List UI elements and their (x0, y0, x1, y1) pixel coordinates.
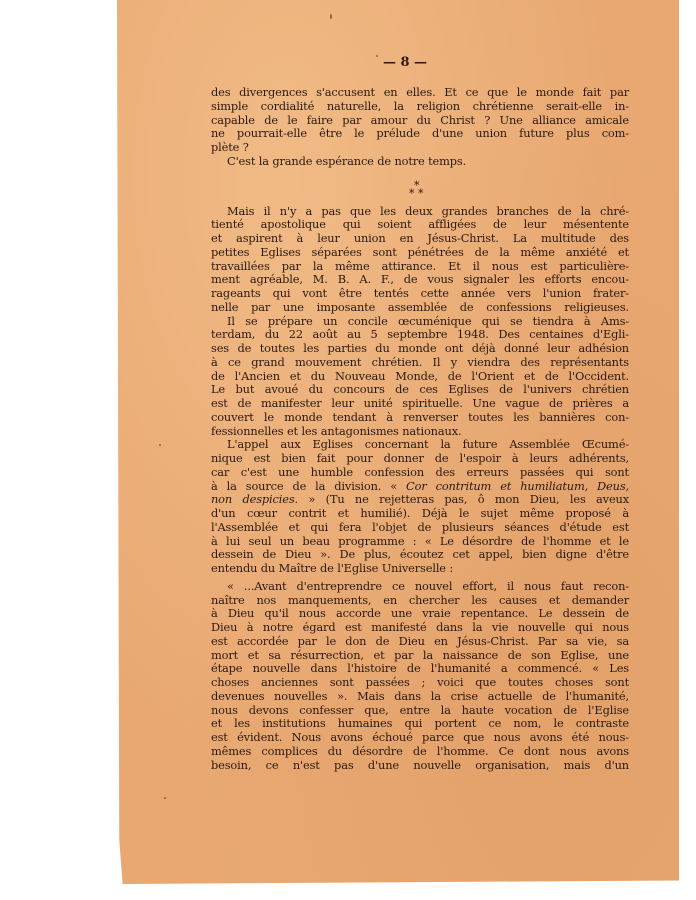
text-line-with-latin: à la source de la division. « Cor contri… (211, 480, 629, 494)
asterism-separator: * * * (211, 169, 629, 205)
text-line: ses de toutes les parties du monde ont d… (211, 342, 629, 356)
latin-quote: Cor contritum et humiliatum, Deus, (406, 479, 629, 493)
text-line: nique est bien fait pour donner de l'esp… (211, 452, 629, 466)
latin-quote: non despicies. (211, 492, 298, 506)
text-line: rageants qui vont être tentés cette anné… (211, 287, 629, 301)
ink-speck (330, 14, 332, 19)
text-fragment: à la source de la division. « (211, 479, 406, 493)
text-line: étape nouvelle dans l'histoire de l'huma… (211, 662, 629, 676)
text-line: couvert le monde tendant à renverser tou… (211, 411, 629, 425)
text-line-with-latin: non despicies. » (Tu ne rejetteras pas, … (211, 493, 629, 507)
text-line: naître nos manquements, en chercher les … (211, 594, 629, 608)
text-line: terdam, du 22 août au 5 septembre 1948. … (211, 328, 629, 342)
text-line: l'Assemblée et qui fera l'objet de plusi… (211, 521, 629, 535)
asterism-star: * (409, 187, 414, 201)
ink-speck (164, 797, 166, 799)
text-line: et aspirent à leur union en Jésus-Christ… (211, 232, 629, 246)
text-line: nous devons confesser que, entre la haut… (211, 704, 629, 718)
text-line: mort et sa résurrection, et par la naiss… (211, 649, 629, 663)
text-line: Dieu à notre égard est manifesté dans la… (211, 621, 629, 635)
text-line: choses anciennes sont passées ; voici qu… (211, 676, 629, 690)
text-line: de l'Ancien et du Nouveau Monde, de l'Or… (211, 370, 629, 384)
text-line: plète ? (211, 141, 629, 155)
text-line: travaillées par la même attirance. Et il… (211, 260, 629, 274)
text-line: nelle par une imposante assemblée de con… (211, 301, 629, 315)
text-line: petites Eglises séparées sont pénétrées … (211, 246, 629, 260)
text-line: à lui seul un beau programme : « Le déso… (211, 535, 629, 549)
text-line: Mais il n'y a pas que les deux grandes b… (211, 205, 629, 219)
text-line: fessionnelles et les antagonismes nation… (211, 425, 629, 439)
paragraph-churches: Mais il n'y a pas que les deux grandes b… (211, 205, 629, 315)
text-line: entendu du Maître de l'Eglise Universell… (211, 562, 629, 576)
text-line: des divergences s'accusent en elles. Et … (211, 86, 629, 100)
page-number: — 8 — (360, 55, 450, 70)
ink-speck (159, 444, 161, 446)
text-line: est évident. Nous avons échoué parce que… (211, 731, 629, 745)
paragraph-quotation: « ...Avant d'entreprendre ce nouvel effo… (211, 580, 629, 773)
text-line: est de manifester leur unité spirituelle… (211, 397, 629, 411)
text-line: besoin, ce n'est pas d'une nouvelle orga… (211, 759, 629, 773)
text-line: à Dieu qu'il nous accorde une vraie repe… (211, 607, 629, 621)
text-line: à ce grand mouvement chrétien. Il y vien… (211, 356, 629, 370)
text-fragment: » (Tu ne rejetteras pas, ô mon Dieu, les… (298, 492, 629, 506)
text-line: tienté apostolique qui soient affligées … (211, 218, 629, 232)
text-line: devenues nouvelles ». Mais dans la crise… (211, 690, 629, 704)
text-line: mêmes complices du désordre de l'homme. … (211, 745, 629, 759)
text-line: L'appel aux Eglises concernant la future… (211, 438, 629, 452)
text-line: est accordée par le don de Dieu en Jésus… (211, 635, 629, 649)
text-line: d'un cœur contrit et humilié). Déjà le s… (211, 507, 629, 521)
paragraph-council: Il se prépare un concile œcuménique qui … (211, 315, 629, 439)
text-line: Il se prépare un concile œcuménique qui … (211, 315, 629, 329)
paragraph-continuation: des divergences s'accusent en elles. Et … (211, 86, 629, 155)
text-line: et les institutions humaines qui portent… (211, 717, 629, 731)
text-line: ne pourrait-elle être le prélude d'une u… (211, 127, 629, 141)
text-line: simple cordialité naturelle, la religion… (211, 100, 629, 114)
paragraph-hope: C'est la grande espérance de notre temps… (211, 155, 629, 169)
asterism-star: * (418, 187, 423, 201)
paragraph-appeal: L'appel aux Eglises concernant la future… (211, 438, 629, 576)
text-line: Le but avoué du concours de ces Eglises … (211, 383, 629, 397)
text-line: car c'est une humble confession des erre… (211, 466, 629, 480)
body-text: des divergences s'accusent en elles. Et … (211, 86, 629, 772)
text-line: C'est la grande espérance de notre temps… (211, 155, 629, 169)
text-line: ment agréable, M. B. A. F., de vous sign… (211, 273, 629, 287)
text-line: dessein de Dieu ». De plus, écoutez cet … (211, 548, 629, 562)
text-line: capable de le faire par amour du Christ … (211, 114, 629, 128)
text-line: « ...Avant d'entreprendre ce nouvel effo… (211, 580, 629, 594)
